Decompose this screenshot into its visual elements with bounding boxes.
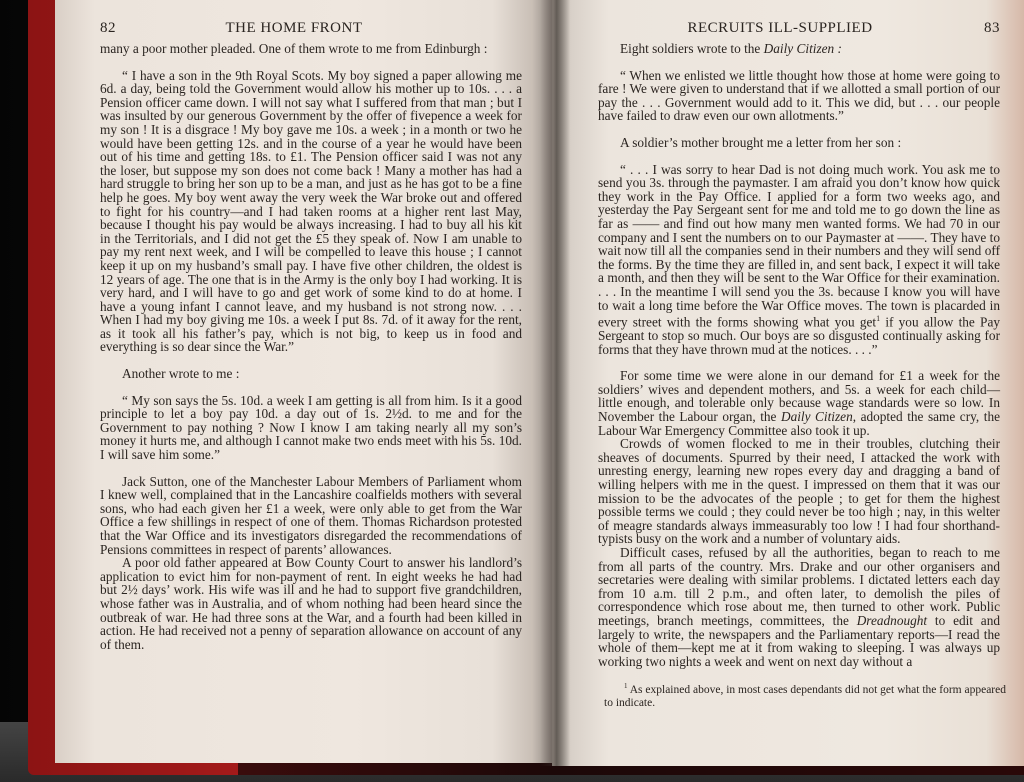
paragraph: many a poor mother pleaded. One of them …: [100, 42, 522, 56]
right-running-title: RECRUITS ILL-SUPPLIED: [634, 20, 926, 37]
paragraph-poor-old-father: A poor old father appeared at Bow County…: [100, 556, 522, 651]
footnote: 1 As explained above, in most cases depe…: [604, 680, 1006, 709]
quoted-letter-second: “ My son says the 5s. 10d. a week I am g…: [100, 394, 522, 462]
book-photo: 82 THE HOME FRONT many a poor mother ple…: [0, 0, 1024, 782]
paragraph-jack-sutton: Jack Sutton, one of the Manchester Labou…: [100, 475, 522, 557]
italic-title: Daily Citizen :: [764, 41, 842, 56]
right-page-number: 83: [984, 20, 1000, 37]
paragraph-demand: For some time we were alone in our deman…: [598, 369, 1000, 437]
quoted-letter-edinburgh: “ I have a son in the 9th Royal Scots. M…: [100, 69, 522, 354]
text-run: Eight soldiers wrote to the: [620, 41, 764, 56]
quoted-letter-son: “ . . . I was sorry to hear Dad is not d…: [598, 163, 1000, 357]
paragraph-difficult-cases: Difficult cases, refused by all the auth…: [598, 546, 1000, 668]
right-page: RECRUITS ILL-SUPPLIED 83 Eight soldiers …: [552, 0, 1024, 766]
left-page: 82 THE HOME FRONT many a poor mother ple…: [55, 0, 552, 763]
paragraph: Another wrote to me :: [100, 367, 522, 381]
left-running-head: 82 THE HOME FRONT: [106, 20, 522, 40]
footnote-text: As explained above, in most cases depend…: [604, 684, 1006, 709]
left-running-title: THE HOME FRONT: [66, 20, 522, 37]
paragraph: Eight soldiers wrote to the Daily Citize…: [598, 42, 1000, 56]
paragraph-crowds: Crowds of women flocked to me in their t…: [598, 437, 1000, 546]
quoted-letter-soldiers: “ When we enlisted we little thought how…: [598, 69, 1000, 123]
text-run: “ . . . I was sorry to hear Dad is not d…: [598, 162, 1000, 330]
paragraph: A soldier’s mother brought me a letter f…: [598, 136, 1000, 150]
right-running-head: RECRUITS ILL-SUPPLIED 83: [604, 20, 1006, 40]
